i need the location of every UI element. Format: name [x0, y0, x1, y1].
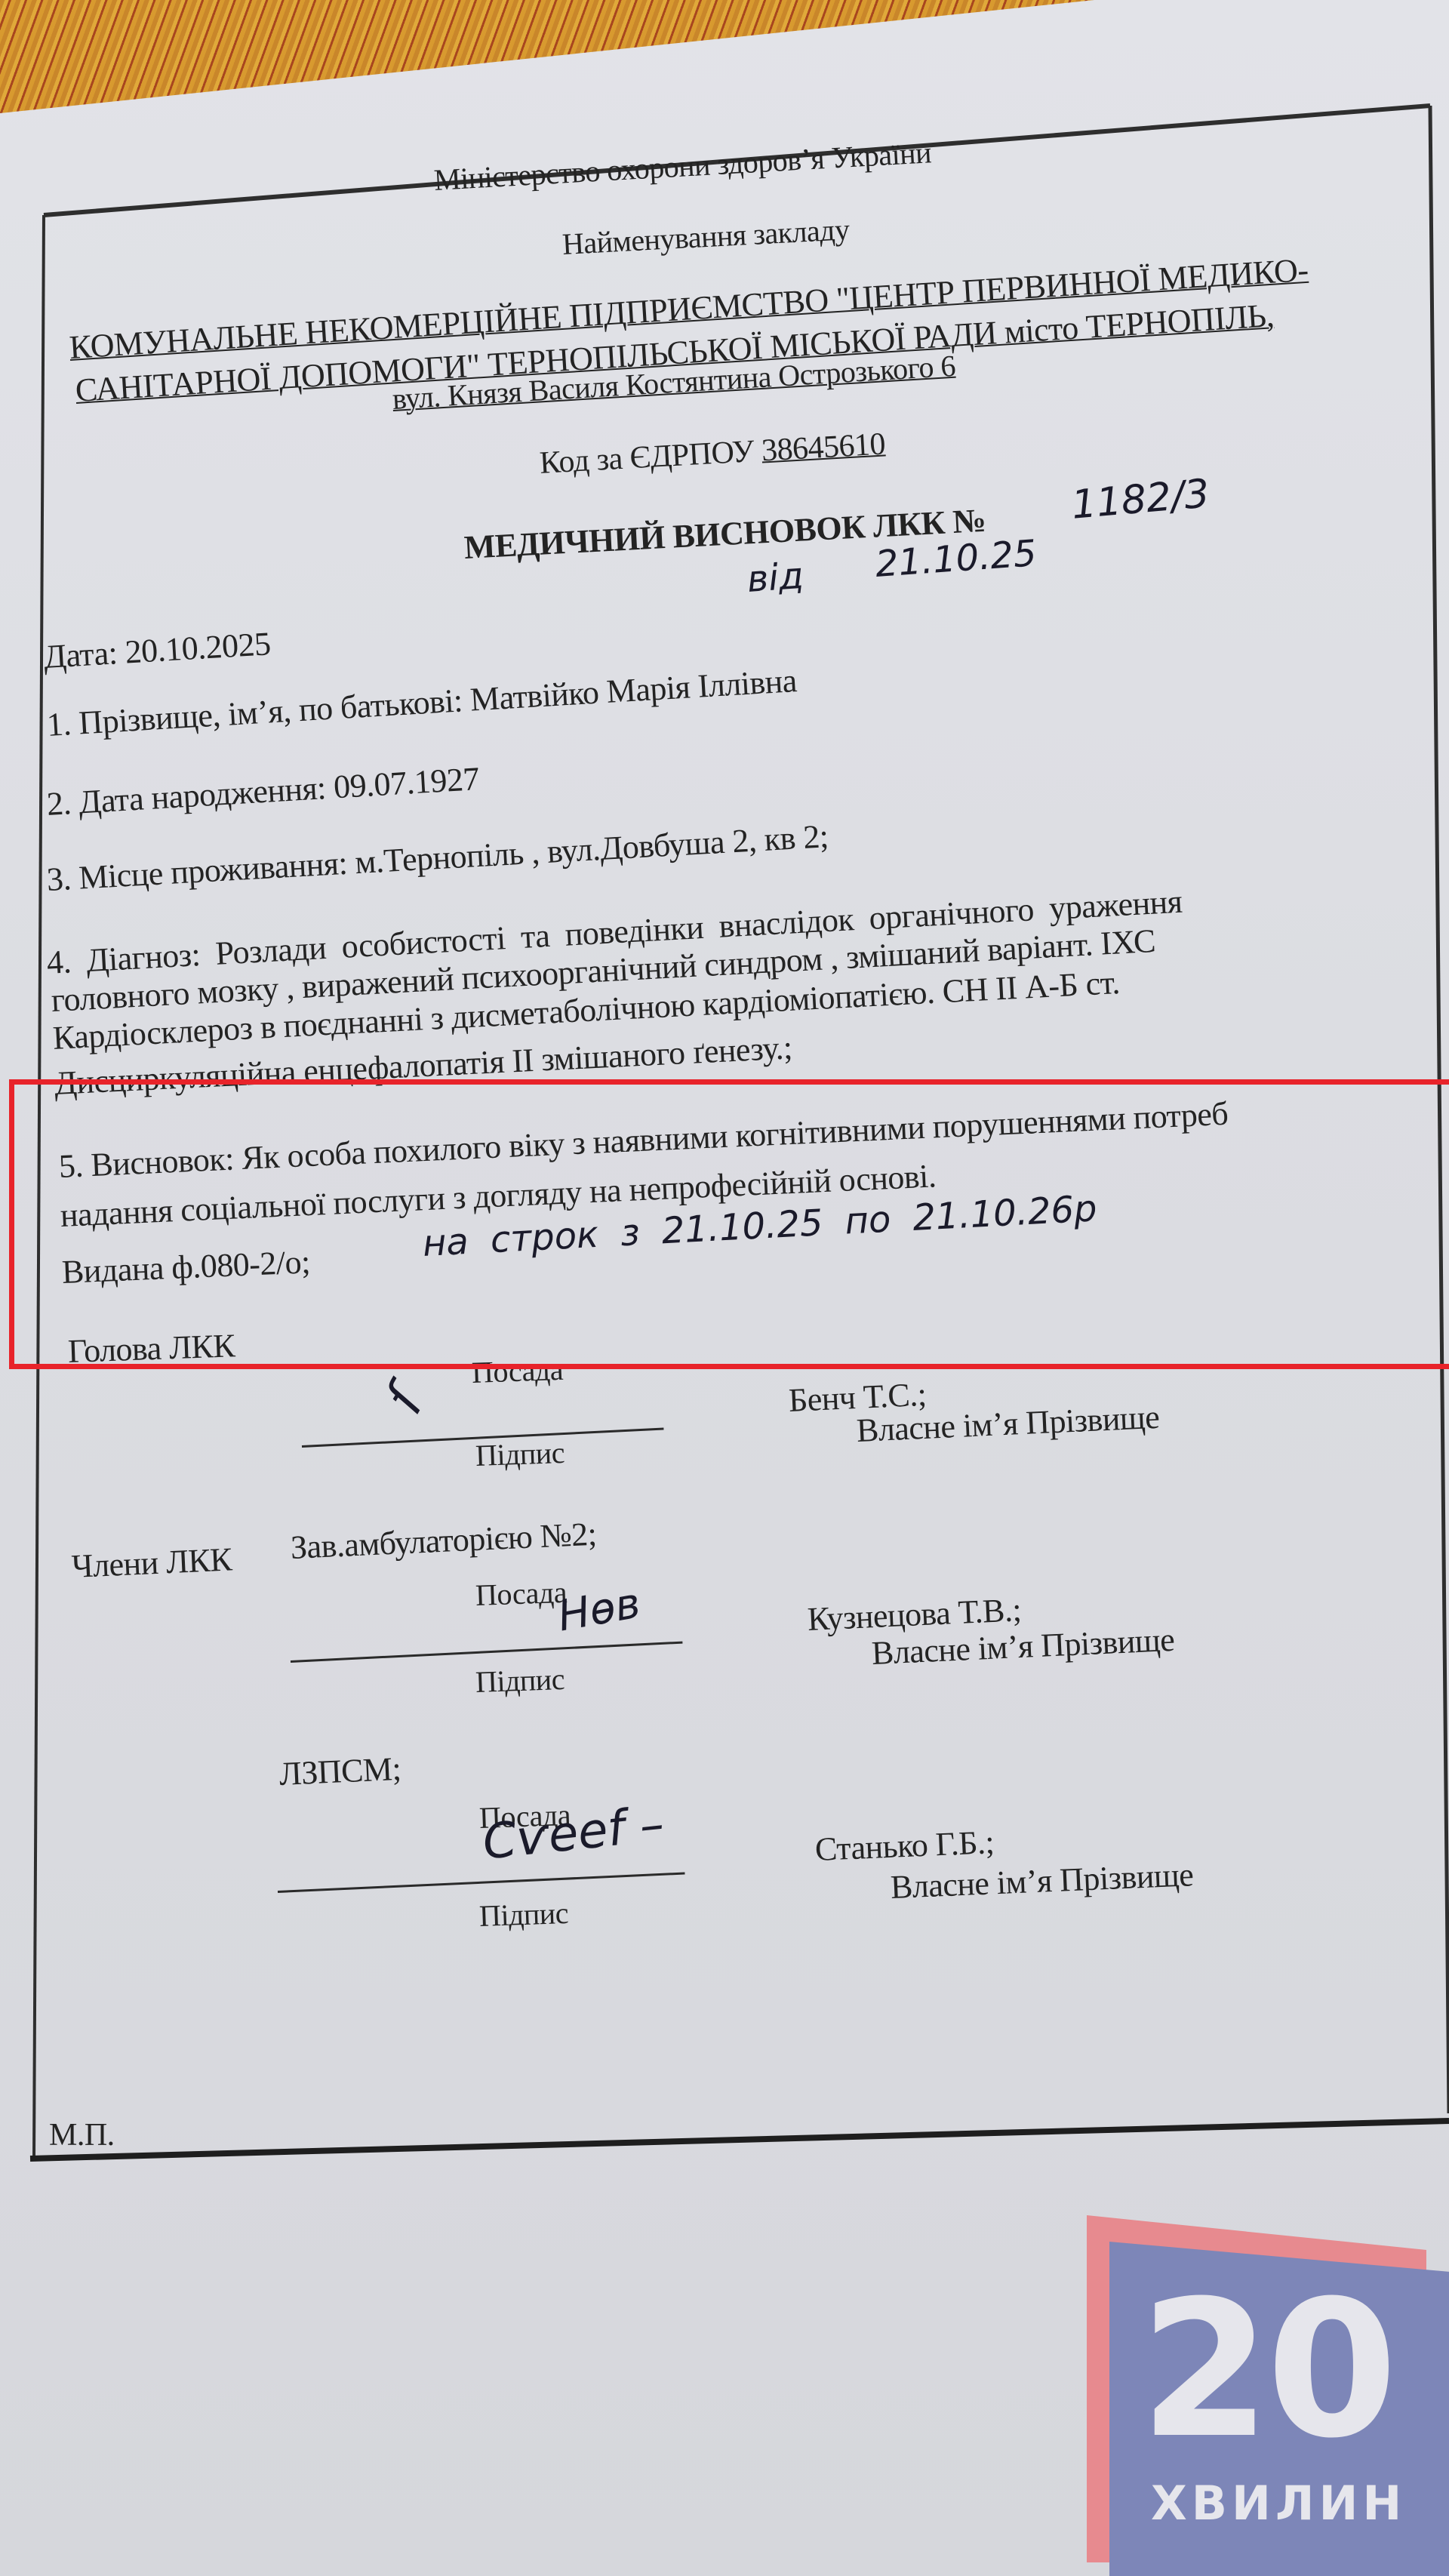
member1-position: Зав.амбулаторією №2;	[290, 1515, 598, 1567]
document-date: Дата: 20.10.2025	[42, 624, 271, 676]
logo-number: 20	[1140, 2276, 1393, 2464]
handwritten-number: 1182/3	[1069, 471, 1211, 528]
member2-position: ЛЗПСМ;	[278, 1750, 402, 1793]
field-birth-date: 2. Дата народження: 09.07.1927	[45, 759, 480, 823]
edrpou-value: 38645610	[761, 426, 886, 468]
edrpou-label: Код за ЄДРПОУ	[539, 434, 755, 481]
member1-signature-line	[291, 1642, 683, 1663]
member2-name: Станько Г.Б.;	[814, 1823, 995, 1869]
member2-sign-label: Підпис	[478, 1895, 568, 1934]
member2-signature-line	[278, 1873, 685, 1893]
ministry-heading: Міністерство охорони здоров’я України	[433, 134, 932, 198]
edrpou-row: Код за ЄДРПОУ 38645610	[539, 426, 887, 482]
field-full-name: 1. Прізвище, ім’я, по батькові: Матвійко…	[45, 661, 798, 744]
watermark-logo: 20 ХВИЛИН	[1087, 2193, 1449, 2576]
members-label: Члени ЛКК	[71, 1540, 232, 1586]
chair-signature: ſ	[373, 1377, 435, 1423]
field-residence: 3. Місце проживання: м.Тернопіль , вул.Д…	[46, 817, 829, 899]
highlight-box-conclusion	[9, 1079, 1449, 1369]
handwritten-date-prefix: від	[746, 555, 805, 601]
member1-sign-label: Підпис	[475, 1661, 565, 1700]
chair-sign-label: Підпис	[475, 1435, 565, 1473]
member1-position-label: Посада	[475, 1574, 568, 1613]
logo-word: ХВИЛИН	[1151, 2476, 1406, 2531]
member1-signature: Нѳв	[554, 1579, 644, 1642]
institution-label: Найменування закладу	[561, 211, 851, 262]
stamp-place: М.П.	[49, 2117, 115, 2153]
